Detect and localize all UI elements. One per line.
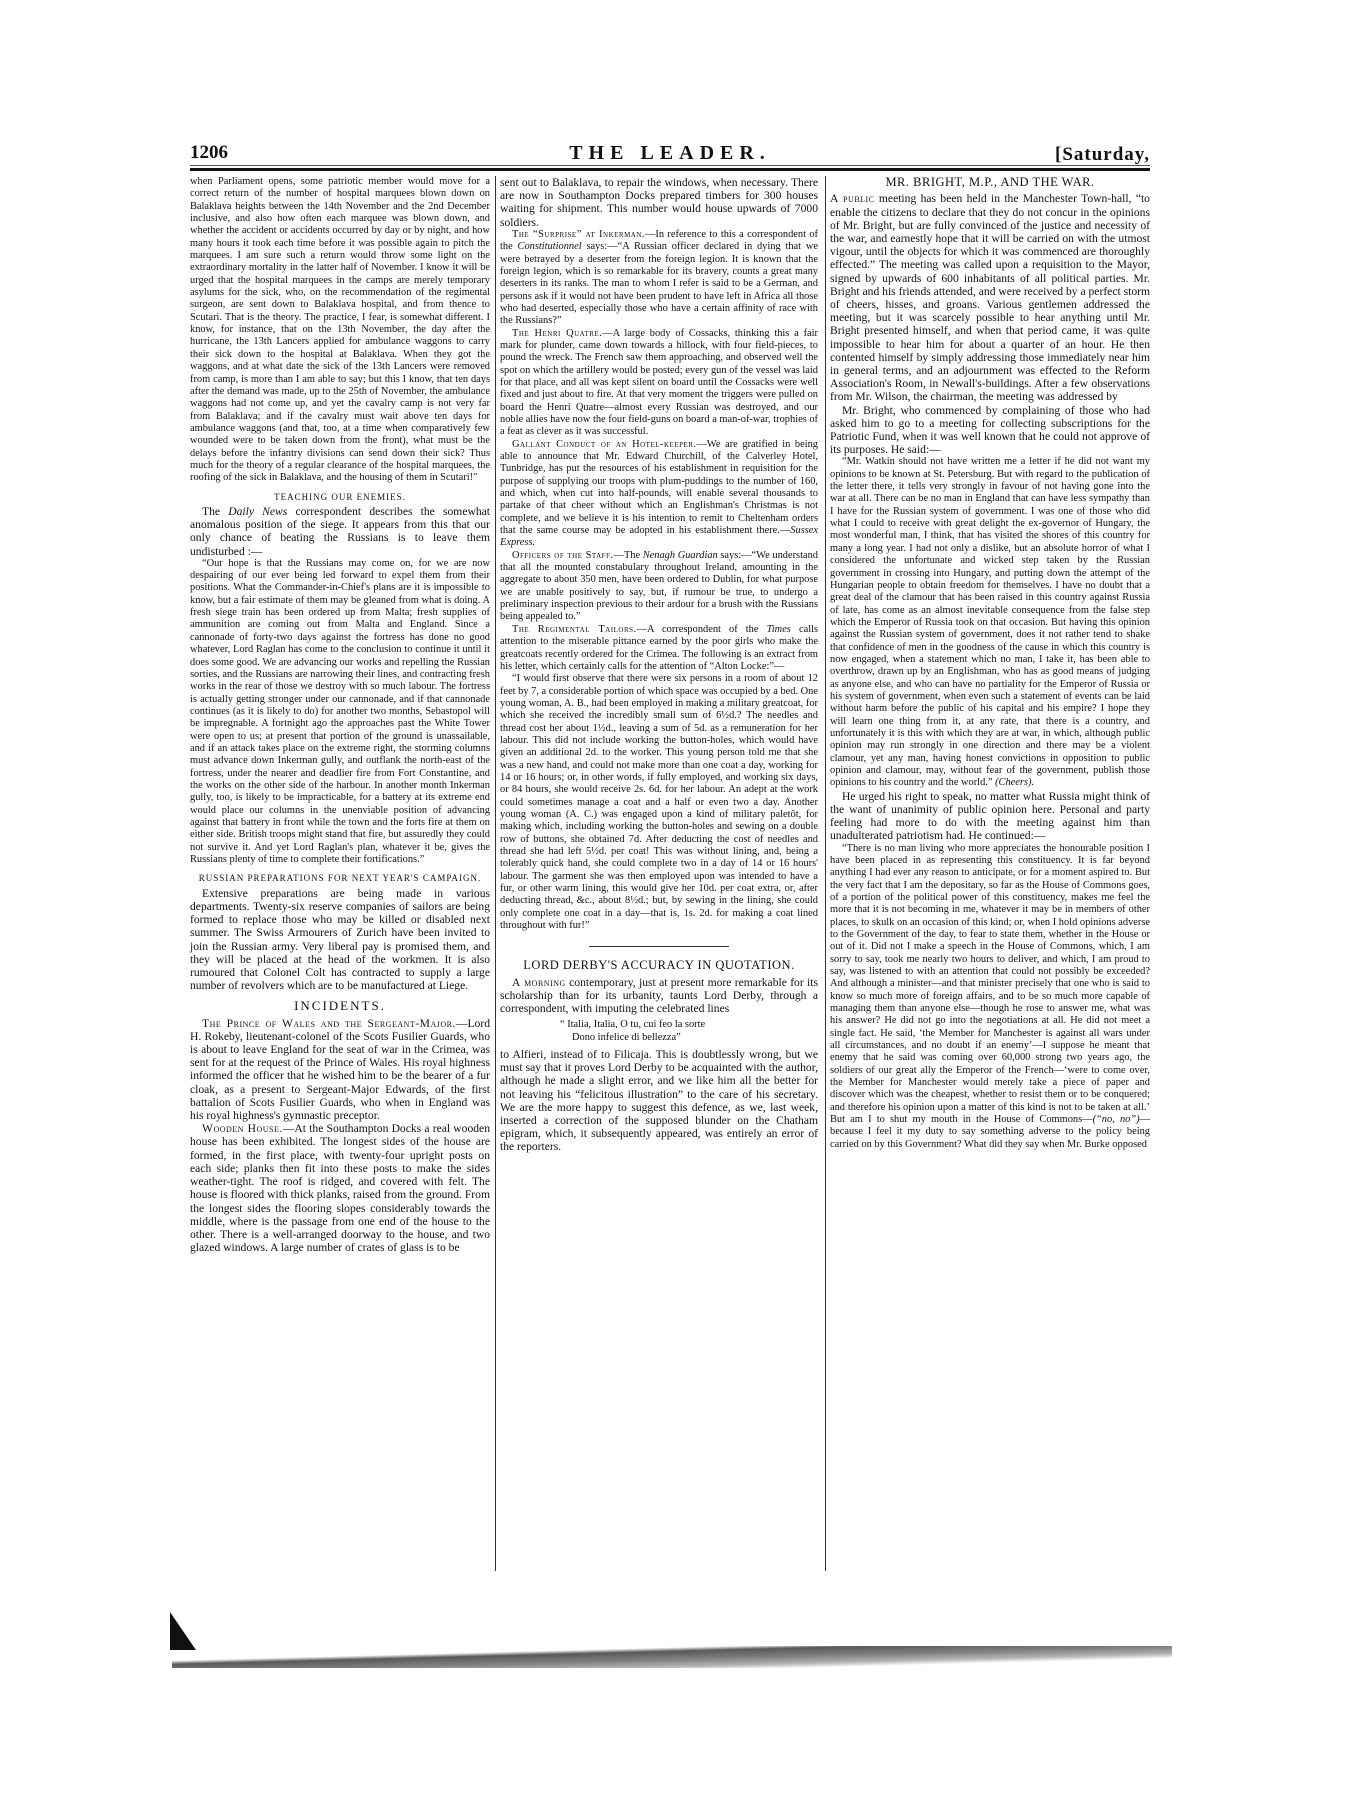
- article-paragraph: The Regimental Tailors.—A correspondent …: [500, 624, 818, 673]
- section-heading: MR. BRIGHT, M.P., AND THE WAR.: [830, 176, 1150, 188]
- paragraph-lead: The Henri Quatre.: [512, 328, 602, 339]
- verse-line: “ Italia, Italia, O tu, cui feo la sorte: [560, 1019, 818, 1031]
- scan-corner-shadow: [170, 1612, 196, 1650]
- article-paragraph: A public meeting has been held in the Ma…: [830, 192, 1150, 403]
- paragraph-lead: The “Surprise” at Inkerman.: [512, 229, 645, 240]
- article-paragraph: The “Surprise” at Inkerman.—In reference…: [500, 229, 818, 328]
- article-paragraph: The Daily News correspondent describes t…: [190, 505, 490, 558]
- article-paragraph: Wooden House.—At the Southampton Docks a…: [190, 1122, 490, 1254]
- paragraph-lead: A morning: [512, 976, 566, 989]
- paragraph-lead: Gallant Conduct of an Hotel-keeper.: [512, 439, 697, 450]
- article-paragraph: Gallant Conduct of an Hotel-keeper.—We a…: [500, 439, 818, 550]
- section-divider: [589, 946, 729, 947]
- quoted-paragraph: “There is no man living who more appreci…: [830, 843, 1150, 1152]
- article-paragraph: The Henri Quatre.—A large body of Cossac…: [500, 328, 818, 439]
- column-divider: [495, 176, 496, 1571]
- paragraph-lead: A public: [830, 192, 875, 205]
- section-subheading: TEACHING OUR ENEMIES.: [190, 491, 490, 503]
- quoted-paragraph: “Our hope is that the Russians may come …: [190, 558, 490, 867]
- column-1: when Parliament opens, some patriotic me…: [190, 176, 490, 1254]
- article-paragraph: Officers of the Staff.—The Nenagh Guardi…: [500, 550, 818, 624]
- article-paragraph: to Alfieri, instead of to Filicaja. This…: [500, 1048, 818, 1154]
- masthead-thin-rule: [190, 165, 1150, 166]
- section-heading: LORD DERBY'S ACCURACY IN QUOTATION.: [500, 959, 818, 971]
- dateline: [Saturday,: [1055, 144, 1150, 166]
- scan-bottom-smudge: [172, 1646, 1172, 1668]
- newspaper-page: 1206 THE LEADER. [Saturday, when Parliam…: [190, 140, 1150, 1620]
- article-paragraph: sent out to Balaklava, to repair the win…: [500, 176, 818, 229]
- masthead-rule: [190, 168, 1150, 171]
- article-paragraph: Extensive preparations are being made in…: [190, 887, 490, 993]
- newspaper-title: THE LEADER.: [190, 142, 1150, 165]
- newspaper-name: Daily News: [228, 505, 287, 518]
- column-divider: [825, 176, 826, 1571]
- article-paragraph: He urged his right to speak, no matter w…: [830, 790, 1150, 843]
- paragraph-lead: The Regimental Tailors.: [512, 624, 637, 635]
- paragraph-lead: Wooden House.: [202, 1122, 283, 1135]
- article-paragraph: The Prince of Wales and the Sergeant-Maj…: [190, 1017, 490, 1123]
- quoted-paragraph: “Mr. Watkin should not have written me a…: [830, 456, 1150, 789]
- paragraph-lead: The Prince of Wales and the Sergeant-Maj…: [202, 1017, 456, 1030]
- verse-line: Dono infelice di bellezza”: [572, 1032, 818, 1044]
- masthead: 1206 THE LEADER. [Saturday,: [190, 140, 1150, 166]
- column-3: MR. BRIGHT, M.P., AND THE WAR. A public …: [830, 176, 1150, 1151]
- section-heading: INCIDENTS.: [190, 1000, 490, 1012]
- paragraph-lead: Officers of the Staff.: [512, 550, 614, 561]
- article-paragraph: when Parliament opens, some patriotic me…: [190, 176, 490, 485]
- quoted-paragraph: “I would first observe that there were s…: [500, 673, 818, 932]
- column-2: sent out to Balaklava, to repair the win…: [500, 176, 818, 1154]
- section-subheading: RUSSIAN PREPARATIONS FOR NEXT YEAR'S CAM…: [190, 872, 490, 884]
- article-paragraph: Mr. Bright, who commenced by complaining…: [830, 404, 1150, 457]
- article-paragraph: A morning contemporary, just at present …: [500, 976, 818, 1016]
